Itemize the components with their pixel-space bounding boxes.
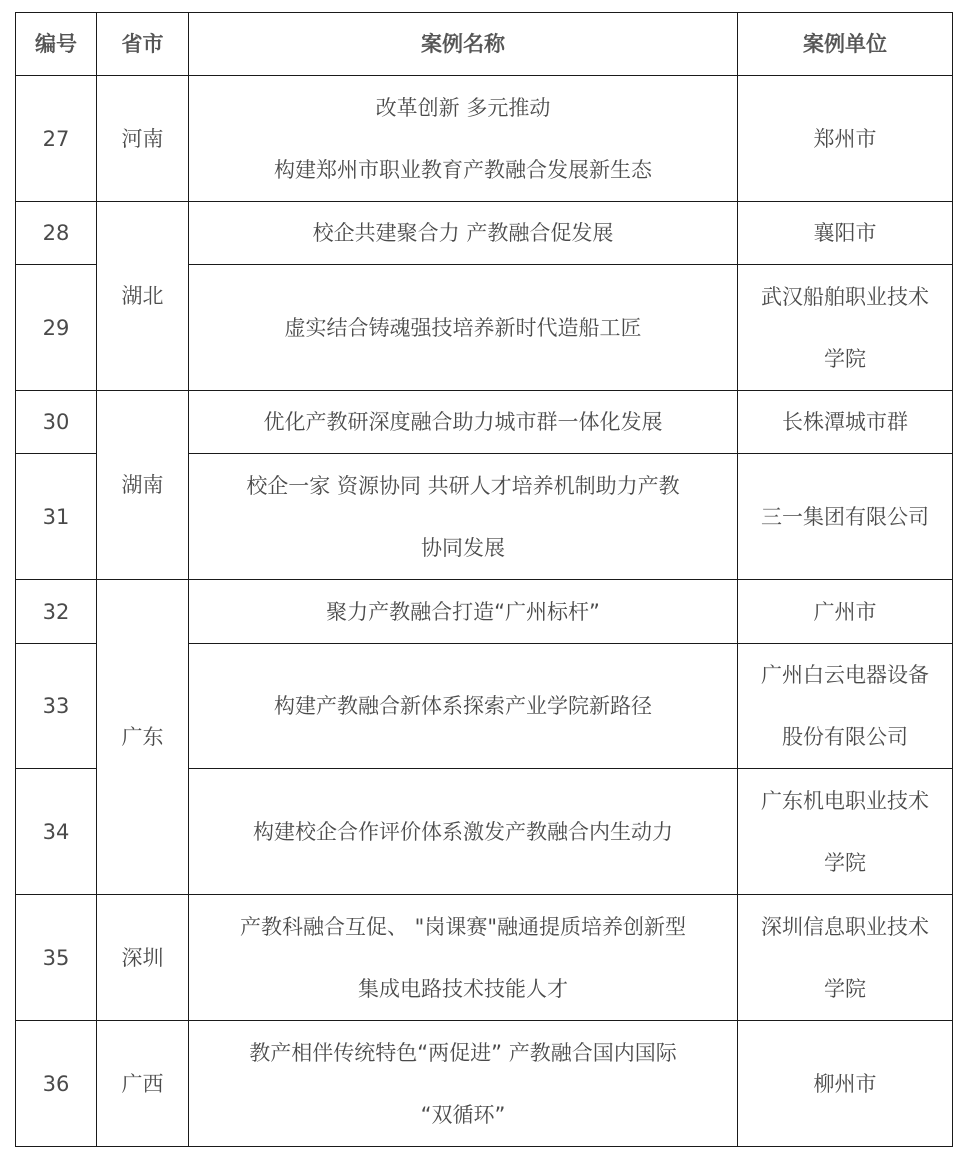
case-name-line: “双循环” — [195, 1084, 731, 1146]
cell-number: 36 — [16, 1021, 97, 1147]
case-unit-line: 学院 — [746, 328, 944, 390]
cell-case-unit: 广州市 — [738, 580, 953, 644]
table-row: 35 深圳 产教科融合互促、 "岗课赛"融通提质培养创新型 集成电路技术技能人才… — [16, 895, 953, 1021]
header-case-name: 案例名称 — [189, 13, 738, 76]
case-unit-line: 股份有限公司 — [746, 706, 944, 768]
cell-case-name: 聚力产教融合打造“广州标杆” — [189, 580, 738, 644]
header-number: 编号 — [16, 13, 97, 76]
case-unit-line: 深圳信息职业技术 — [746, 896, 944, 958]
cell-province: 广西 — [97, 1021, 189, 1147]
cell-case-unit: 深圳信息职业技术 学院 — [738, 895, 953, 1021]
cell-case-unit: 郑州市 — [738, 76, 953, 202]
table-row: 30 湖南 优化产教研深度融合助力城市群一体化发展 长株潭城市群 — [16, 391, 953, 454]
header-row: 编号 省市 案例名称 案例单位 — [16, 13, 953, 76]
table-row: 32 广东 聚力产教融合打造“广州标杆” 广州市 — [16, 580, 953, 644]
table-row: 27 河南 改革创新 多元推动 构建郑州市职业教育产教融合发展新生态 郑州市 — [16, 76, 953, 202]
cell-province: 广东 — [97, 580, 189, 895]
cell-province: 湖南 — [97, 391, 189, 580]
case-unit-line: 学院 — [746, 832, 944, 894]
cell-case-name: 校企共建聚合力 产教融合促发展 — [189, 202, 738, 265]
cell-case-unit: 广东机电职业技术 学院 — [738, 769, 953, 895]
cell-number: 33 — [16, 644, 97, 769]
cell-number: 30 — [16, 391, 97, 454]
case-unit-line: 广东机电职业技术 — [746, 770, 944, 832]
cell-case-name: 构建校企合作评价体系激发产教融合内生动力 — [189, 769, 738, 895]
header-province: 省市 — [97, 13, 189, 76]
case-unit-line: 广州白云电器设备 — [746, 644, 944, 706]
case-table: 编号 省市 案例名称 案例单位 27 河南 改革创新 多元推动 构建郑州市职业教… — [15, 12, 953, 1147]
cell-case-unit: 武汉船舶职业技术 学院 — [738, 265, 953, 391]
case-name-line: 教产相伴传统特色“两促进” 产教融合国内国际 — [195, 1022, 731, 1084]
case-name-line: 改革创新 多元推动 — [195, 77, 731, 139]
cell-case-name: 产教科融合互促、 "岗课赛"融通提质培养创新型 集成电路技术技能人才 — [189, 895, 738, 1021]
cell-number: 27 — [16, 76, 97, 202]
cell-case-unit: 广州白云电器设备 股份有限公司 — [738, 644, 953, 769]
cell-case-unit: 柳州市 — [738, 1021, 953, 1147]
cell-case-name: 校企一家 资源协同 共研人才培养机制助力产教 协同发展 — [189, 454, 738, 580]
cell-case-name: 教产相伴传统特色“两促进” 产教融合国内国际 “双循环” — [189, 1021, 738, 1147]
cell-number: 29 — [16, 265, 97, 391]
cell-case-name: 改革创新 多元推动 构建郑州市职业教育产教融合发展新生态 — [189, 76, 738, 202]
cell-province: 深圳 — [97, 895, 189, 1021]
cell-case-name: 构建产教融合新体系探索产业学院新路径 — [189, 644, 738, 769]
cell-number: 35 — [16, 895, 97, 1021]
case-unit-line: 学院 — [746, 958, 944, 1020]
cell-province: 河南 — [97, 76, 189, 202]
case-name-line: 集成电路技术技能人才 — [195, 958, 731, 1020]
case-name-line: 构建郑州市职业教育产教融合发展新生态 — [195, 139, 731, 201]
cell-number: 32 — [16, 580, 97, 644]
cell-number: 28 — [16, 202, 97, 265]
table-row: 28 湖北 校企共建聚合力 产教融合促发展 襄阳市 — [16, 202, 953, 265]
cell-case-name: 优化产教研深度融合助力城市群一体化发展 — [189, 391, 738, 454]
case-name-line: 校企一家 资源协同 共研人才培养机制助力产教 — [195, 455, 731, 517]
cell-number: 34 — [16, 769, 97, 895]
cell-case-unit: 长株潭城市群 — [738, 391, 953, 454]
case-unit-line: 武汉船舶职业技术 — [746, 266, 944, 328]
cell-number: 31 — [16, 454, 97, 580]
case-name-line: 产教科融合互促、 "岗课赛"融通提质培养创新型 — [195, 896, 731, 958]
cell-case-unit: 襄阳市 — [738, 202, 953, 265]
header-case-unit: 案例单位 — [738, 13, 953, 76]
case-name-line: 协同发展 — [195, 517, 731, 579]
table-row: 36 广西 教产相伴传统特色“两促进” 产教融合国内国际 “双循环” 柳州市 — [16, 1021, 953, 1147]
cell-province: 湖北 — [97, 202, 189, 391]
cell-case-unit: 三一集团有限公司 — [738, 454, 953, 580]
cell-case-name: 虚实结合铸魂强技培养新时代造船工匠 — [189, 265, 738, 391]
